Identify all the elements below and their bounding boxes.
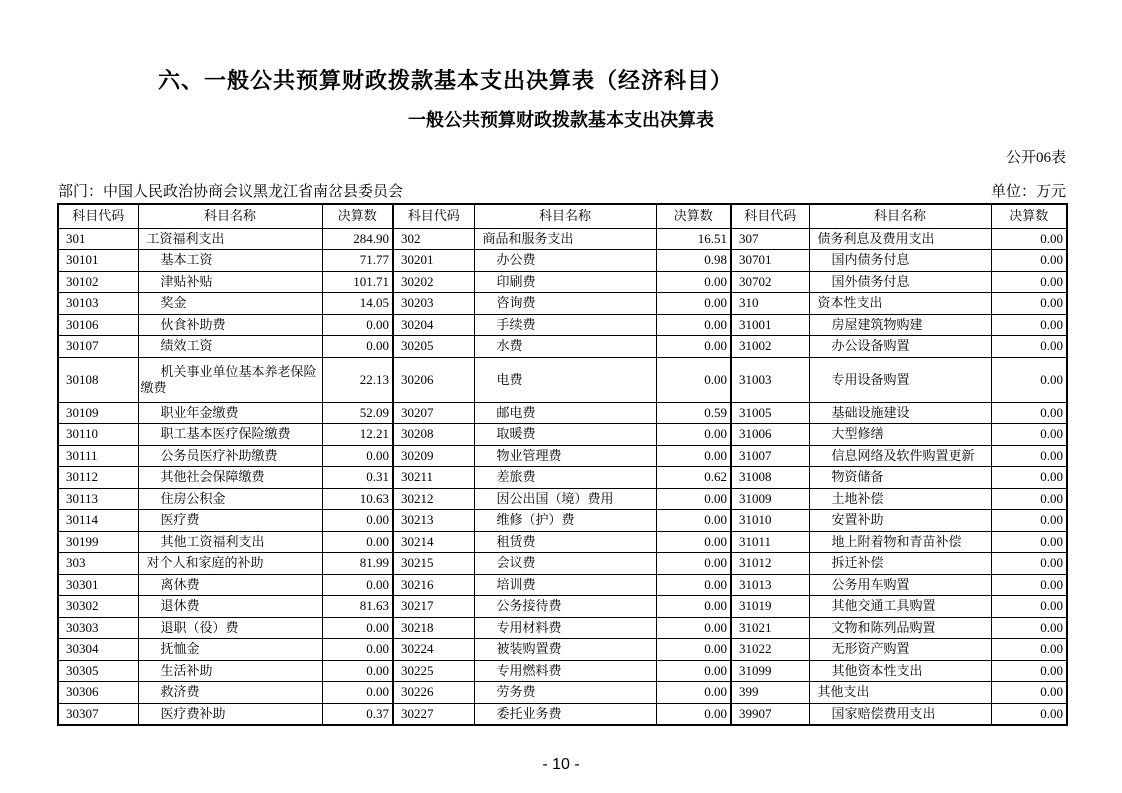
amount-cell: 81.99 — [322, 553, 393, 575]
subject-code-cell: 30203 — [393, 293, 474, 315]
subject-code-cell: 31022 — [731, 639, 809, 661]
subject-name-cell: 物业管理费 — [474, 445, 656, 467]
table-row: 30111公务员医疗补助缴费0.0030209物业管理费0.0031007信息网… — [58, 445, 1067, 467]
amount-cell: 81.63 — [322, 596, 393, 618]
subject-code-cell: 399 — [731, 682, 809, 704]
subject-name-cell: 对个人和家庭的补助 — [138, 553, 322, 575]
subject-name-cell: 国内债务付息 — [809, 250, 991, 272]
subject-name-cell: 住房公积金 — [138, 488, 322, 510]
subject-code-cell: 30108 — [58, 357, 138, 402]
amount-cell: 0.59 — [656, 402, 731, 424]
subject-code-cell: 30207 — [393, 402, 474, 424]
subject-code-cell: 30206 — [393, 357, 474, 402]
subject-name-cell: 职工基本医疗保险缴费 — [138, 424, 322, 446]
subject-name-cell: 培训费 — [474, 574, 656, 596]
amount-cell: 0.62 — [656, 467, 731, 489]
amount-cell: 0.00 — [656, 617, 731, 639]
subject-name-cell: 公务用车购置 — [809, 574, 991, 596]
amount-cell: 0.00 — [656, 574, 731, 596]
column-header: 决算数 — [991, 204, 1067, 228]
amount-cell: 0.00 — [656, 531, 731, 553]
subject-code-cell: 31012 — [731, 553, 809, 575]
column-header: 科目代码 — [393, 204, 474, 228]
subject-code-cell: 39907 — [731, 703, 809, 725]
amount-cell: 0.00 — [991, 250, 1067, 272]
subject-name-cell: 基本工资 — [138, 250, 322, 272]
subject-code-cell: 30214 — [393, 531, 474, 553]
subject-name-cell: 绩效工资 — [138, 336, 322, 358]
amount-cell: 0.00 — [322, 510, 393, 532]
subject-name-cell: 基础设施建设 — [809, 402, 991, 424]
amount-cell: 22.13 — [322, 357, 393, 402]
amount-cell: 0.00 — [322, 660, 393, 682]
amount-cell: 0.00 — [656, 445, 731, 467]
subject-name-cell: 职业年金缴费 — [138, 402, 322, 424]
subject-code-cell: 30211 — [393, 467, 474, 489]
subject-code-cell: 31099 — [731, 660, 809, 682]
section-title: 六、一般公共预算财政拨款基本支出决算表（经济科目） — [158, 64, 733, 95]
column-header: 决算数 — [322, 204, 393, 228]
subject-code-cell: 30208 — [393, 424, 474, 446]
subject-code-cell: 30213 — [393, 510, 474, 532]
subject-name-cell: 伙食补助费 — [138, 314, 322, 336]
subject-name-cell: 退休费 — [138, 596, 322, 618]
table-row: 30101基本工资71.7730201办公费0.9830701国内债务付息0.0… — [58, 250, 1067, 272]
subject-code-cell: 307 — [731, 228, 809, 250]
subject-code-cell: 31009 — [731, 488, 809, 510]
amount-cell: 10.63 — [322, 488, 393, 510]
subject-name-cell: 其他支出 — [809, 682, 991, 704]
table-title: 一般公共预算财政拨款基本支出决算表 — [0, 106, 1122, 132]
table-row: 30304抚恤金0.0030224被装购置费0.0031022无形资产购置0.0… — [58, 639, 1067, 661]
subject-name-cell: 房屋建筑物购建 — [809, 314, 991, 336]
subject-code-cell: 30215 — [393, 553, 474, 575]
subject-name-cell: 债务利息及费用支出 — [809, 228, 991, 250]
subject-name-cell: 咨询费 — [474, 293, 656, 315]
amount-cell: 0.00 — [991, 574, 1067, 596]
unit-label: 单位：万元 — [991, 180, 1066, 201]
subject-name-cell: 其他社会保障缴费 — [138, 467, 322, 489]
amount-cell: 0.00 — [991, 531, 1067, 553]
subject-code-cell: 30217 — [393, 596, 474, 618]
amount-cell: 0.00 — [656, 271, 731, 293]
subject-code-cell: 30199 — [58, 531, 138, 553]
subject-code-cell: 31019 — [731, 596, 809, 618]
amount-cell: 0.00 — [991, 293, 1067, 315]
table-row: 303对个人和家庭的补助81.9930215会议费0.0031012拆迁补偿0.… — [58, 553, 1067, 575]
amount-cell: 0.00 — [322, 682, 393, 704]
table-row: 30107绩效工资0.0030205水费0.0031002办公设备购置0.00 — [58, 336, 1067, 358]
subject-code-cell: 31007 — [731, 445, 809, 467]
subject-name-cell: 救济费 — [138, 682, 322, 704]
subject-name-cell: 公务员医疗补助缴费 — [138, 445, 322, 467]
amount-cell: 0.00 — [991, 424, 1067, 446]
amount-cell: 0.00 — [322, 574, 393, 596]
subject-code-cell: 30106 — [58, 314, 138, 336]
page-number: - 10 - — [0, 756, 1122, 774]
table-header-row: 科目代码科目名称决算数科目代码科目名称决算数科目代码科目名称决算数 — [58, 204, 1067, 228]
subject-name-cell: 差旅费 — [474, 467, 656, 489]
subject-code-cell: 302 — [393, 228, 474, 250]
amount-cell: 0.98 — [656, 250, 731, 272]
subject-code-cell: 310 — [731, 293, 809, 315]
amount-cell: 0.00 — [991, 596, 1067, 618]
amount-cell: 0.00 — [656, 596, 731, 618]
amount-cell: 0.00 — [322, 617, 393, 639]
subject-name-cell: 国外债务付息 — [809, 271, 991, 293]
amount-cell: 0.00 — [991, 314, 1067, 336]
subject-name-cell: 维修（护）费 — [474, 510, 656, 532]
subject-code-cell: 30109 — [58, 402, 138, 424]
amount-cell: 0.00 — [991, 445, 1067, 467]
amount-cell: 0.00 — [656, 703, 731, 725]
subject-name-cell: 国家赔偿费用支出 — [809, 703, 991, 725]
table-row: 30109职业年金缴费52.0930207邮电费0.5931005基础设施建设0… — [58, 402, 1067, 424]
amount-cell: 0.00 — [991, 660, 1067, 682]
amount-cell: 0.31 — [322, 467, 393, 489]
subject-name-cell: 租赁费 — [474, 531, 656, 553]
amount-cell: 12.21 — [322, 424, 393, 446]
subject-name-cell: 办公费 — [474, 250, 656, 272]
subject-name-cell: 无形资产购置 — [809, 639, 991, 661]
amount-cell: 0.00 — [322, 314, 393, 336]
subject-name-cell: 因公出国（境）费用 — [474, 488, 656, 510]
column-header: 科目名称 — [809, 204, 991, 228]
subject-code-cell: 30702 — [731, 271, 809, 293]
subject-name-cell: 抚恤金 — [138, 639, 322, 661]
subject-name-cell: 其他交通工具购置 — [809, 596, 991, 618]
amount-cell: 0.00 — [656, 488, 731, 510]
subject-code-cell: 30305 — [58, 660, 138, 682]
column-header: 科目名称 — [474, 204, 656, 228]
amount-cell: 0.00 — [991, 703, 1067, 725]
amount-cell: 0.00 — [991, 488, 1067, 510]
table-row: 30113住房公积金10.6330212因公出国（境）费用0.0031009土地… — [58, 488, 1067, 510]
table-row: 30303退职（役）费0.0030218专用材料费0.0031021文物和陈列品… — [58, 617, 1067, 639]
table-row: 30114医疗费0.0030213维修（护）费0.0031010安置补助0.00 — [58, 510, 1067, 532]
amount-cell: 0.00 — [991, 617, 1067, 639]
subject-name-cell: 被装购置费 — [474, 639, 656, 661]
amount-cell: 0.00 — [656, 639, 731, 661]
amount-cell: 14.05 — [322, 293, 393, 315]
subject-code-cell: 30301 — [58, 574, 138, 596]
subject-name-cell: 机关事业单位基本养老保险缴费 — [138, 357, 322, 402]
subject-code-cell: 30216 — [393, 574, 474, 596]
subject-code-cell: 30113 — [58, 488, 138, 510]
subject-code-cell: 30202 — [393, 271, 474, 293]
subject-code-cell: 30225 — [393, 660, 474, 682]
subject-name-cell: 办公设备购置 — [809, 336, 991, 358]
subject-name-cell: 资本性支出 — [809, 293, 991, 315]
subject-code-cell: 30107 — [58, 336, 138, 358]
subject-code-cell: 31021 — [731, 617, 809, 639]
subject-code-cell: 31001 — [731, 314, 809, 336]
department-label: 部门：中国人民政治协商会议黑龙江省南岔县委员会 — [58, 180, 403, 201]
subject-name-cell: 医疗费 — [138, 510, 322, 532]
subject-code-cell: 30102 — [58, 271, 138, 293]
subject-code-cell: 30227 — [393, 703, 474, 725]
subject-name-cell: 劳务费 — [474, 682, 656, 704]
subject-name-cell: 会议费 — [474, 553, 656, 575]
subject-code-cell: 30110 — [58, 424, 138, 446]
amount-cell: 0.00 — [656, 682, 731, 704]
subject-code-cell: 31006 — [731, 424, 809, 446]
subject-name-cell: 奖金 — [138, 293, 322, 315]
table-row: 30106伙食补助费0.0030204手续费0.0031001房屋建筑物购建0.… — [58, 314, 1067, 336]
subject-name-cell: 专用材料费 — [474, 617, 656, 639]
table-row: 30302退休费81.6330217公务接待费0.0031019其他交通工具购置… — [58, 596, 1067, 618]
amount-cell: 0.00 — [656, 424, 731, 446]
subject-code-cell: 30212 — [393, 488, 474, 510]
amount-cell: 0.00 — [991, 402, 1067, 424]
subject-code-cell: 301 — [58, 228, 138, 250]
amount-cell: 0.00 — [991, 271, 1067, 293]
amount-cell: 0.00 — [991, 510, 1067, 532]
subject-name-cell: 退职（役）费 — [138, 617, 322, 639]
amount-cell: 0.00 — [656, 293, 731, 315]
subject-code-cell: 30224 — [393, 639, 474, 661]
meta-row: 部门：中国人民政治协商会议黑龙江省南岔县委员会 单位：万元 — [58, 180, 1066, 201]
table-row: 30306救济费0.0030226劳务费0.00399其他支出0.00 — [58, 682, 1067, 704]
subject-code-cell: 30101 — [58, 250, 138, 272]
amount-cell: 0.00 — [991, 553, 1067, 575]
amount-cell: 52.09 — [322, 402, 393, 424]
column-header: 科目名称 — [138, 204, 322, 228]
subject-code-cell: 30112 — [58, 467, 138, 489]
subject-name-cell: 专用设备购置 — [809, 357, 991, 402]
subject-name-cell: 商品和服务支出 — [474, 228, 656, 250]
subject-code-cell: 30111 — [58, 445, 138, 467]
subject-code-cell: 30307 — [58, 703, 138, 725]
subject-code-cell: 31002 — [731, 336, 809, 358]
amount-cell: 0.00 — [322, 531, 393, 553]
table-row: 30102津贴补贴101.7130202印刷费0.0030702国外债务付息0.… — [58, 271, 1067, 293]
subject-code-cell: 30226 — [393, 682, 474, 704]
table-row: 30301离休费0.0030216培训费0.0031013公务用车购置0.00 — [58, 574, 1067, 596]
subject-name-cell: 土地补偿 — [809, 488, 991, 510]
amount-cell: 0.00 — [322, 639, 393, 661]
subject-code-cell: 30103 — [58, 293, 138, 315]
subject-name-cell: 邮电费 — [474, 402, 656, 424]
expenditure-table: 科目代码科目名称决算数科目代码科目名称决算数科目代码科目名称决算数 301工资福… — [57, 203, 1068, 726]
subject-code-cell: 30701 — [731, 250, 809, 272]
subject-code-cell: 31010 — [731, 510, 809, 532]
subject-code-cell: 31003 — [731, 357, 809, 402]
subject-name-cell: 专用燃料费 — [474, 660, 656, 682]
table-row: 301工资福利支出284.90302商品和服务支出16.51307债务利息及费用… — [58, 228, 1067, 250]
subject-name-cell: 委托业务费 — [474, 703, 656, 725]
subject-name-cell: 津贴补贴 — [138, 271, 322, 293]
amount-cell: 0.00 — [322, 336, 393, 358]
subject-code-cell: 30209 — [393, 445, 474, 467]
subject-name-cell: 印刷费 — [474, 271, 656, 293]
subject-name-cell: 离休费 — [138, 574, 322, 596]
subject-code-cell: 30201 — [393, 250, 474, 272]
amount-cell: 0.00 — [991, 336, 1067, 358]
amount-cell: 0.00 — [656, 553, 731, 575]
subject-name-cell: 大型修缮 — [809, 424, 991, 446]
subject-name-cell: 物资储备 — [809, 467, 991, 489]
table-row: 30110职工基本医疗保险缴费12.2130208取暖费0.0031006大型修… — [58, 424, 1067, 446]
amount-cell: 0.00 — [656, 336, 731, 358]
amount-cell: 284.90 — [322, 228, 393, 250]
subject-code-cell: 31008 — [731, 467, 809, 489]
subject-name-cell: 其他资本性支出 — [809, 660, 991, 682]
subject-code-cell: 30205 — [393, 336, 474, 358]
subject-name-cell: 水费 — [474, 336, 656, 358]
column-header: 科目代码 — [58, 204, 138, 228]
subject-code-cell: 30218 — [393, 617, 474, 639]
amount-cell: 71.77 — [322, 250, 393, 272]
amount-cell: 16.51 — [656, 228, 731, 250]
form-code-label: 公开06表 — [1006, 146, 1066, 167]
subject-name-cell: 文物和陈列品购置 — [809, 617, 991, 639]
subject-code-cell: 31011 — [731, 531, 809, 553]
table-row: 30103奖金14.0530203咨询费0.00310资本性支出0.00 — [58, 293, 1067, 315]
amount-cell: 101.71 — [322, 271, 393, 293]
table-row: 30307医疗费补助0.3730227委托业务费0.0039907国家赔偿费用支… — [58, 703, 1067, 725]
subject-name-cell: 其他工资福利支出 — [138, 531, 322, 553]
amount-cell: 0.00 — [991, 639, 1067, 661]
subject-name-cell: 生活补助 — [138, 660, 322, 682]
subject-code-cell: 31013 — [731, 574, 809, 596]
amount-cell: 0.37 — [322, 703, 393, 725]
subject-name-cell: 手续费 — [474, 314, 656, 336]
subject-code-cell: 30204 — [393, 314, 474, 336]
table-row: 30112其他社会保障缴费0.3130211差旅费0.6231008物资储备0.… — [58, 467, 1067, 489]
amount-cell: 0.00 — [991, 682, 1067, 704]
subject-name-cell: 拆迁补偿 — [809, 553, 991, 575]
table-header: 科目代码科目名称决算数科目代码科目名称决算数科目代码科目名称决算数 — [58, 204, 1067, 228]
subject-name-cell: 医疗费补助 — [138, 703, 322, 725]
amount-cell: 0.00 — [656, 660, 731, 682]
subject-code-cell: 30114 — [58, 510, 138, 532]
table-row: 30108机关事业单位基本养老保险缴费22.1330206电费0.0031003… — [58, 357, 1067, 402]
subject-name-cell: 电费 — [474, 357, 656, 402]
subject-code-cell: 31005 — [731, 402, 809, 424]
subject-name-cell: 地上附着物和青苗补偿 — [809, 531, 991, 553]
amount-cell: 0.00 — [656, 510, 731, 532]
amount-cell: 0.00 — [656, 357, 731, 402]
subject-code-cell: 303 — [58, 553, 138, 575]
amount-cell: 0.00 — [656, 314, 731, 336]
subject-name-cell: 信息网络及软件购置更新 — [809, 445, 991, 467]
subject-code-cell: 30306 — [58, 682, 138, 704]
subject-name-cell: 取暖费 — [474, 424, 656, 446]
subject-code-cell: 30304 — [58, 639, 138, 661]
amount-cell: 0.00 — [991, 228, 1067, 250]
subject-name-cell: 公务接待费 — [474, 596, 656, 618]
column-header: 决算数 — [656, 204, 731, 228]
table-row: 30199其他工资福利支出0.0030214租赁费0.0031011地上附着物和… — [58, 531, 1067, 553]
subject-code-cell: 30302 — [58, 596, 138, 618]
amount-cell: 0.00 — [991, 357, 1067, 402]
subject-name-cell: 安置补助 — [809, 510, 991, 532]
amount-cell: 0.00 — [991, 467, 1067, 489]
column-header: 科目代码 — [731, 204, 809, 228]
document-page: 六、一般公共预算财政拨款基本支出决算表（经济科目） 一般公共预算财政拨款基本支出… — [0, 0, 1122, 793]
amount-cell: 0.00 — [322, 445, 393, 467]
subject-name-cell: 工资福利支出 — [138, 228, 322, 250]
table-body: 301工资福利支出284.90302商品和服务支出16.51307债务利息及费用… — [58, 228, 1067, 725]
subject-code-cell: 30303 — [58, 617, 138, 639]
table-row: 30305生活补助0.0030225专用燃料费0.0031099其他资本性支出0… — [58, 660, 1067, 682]
